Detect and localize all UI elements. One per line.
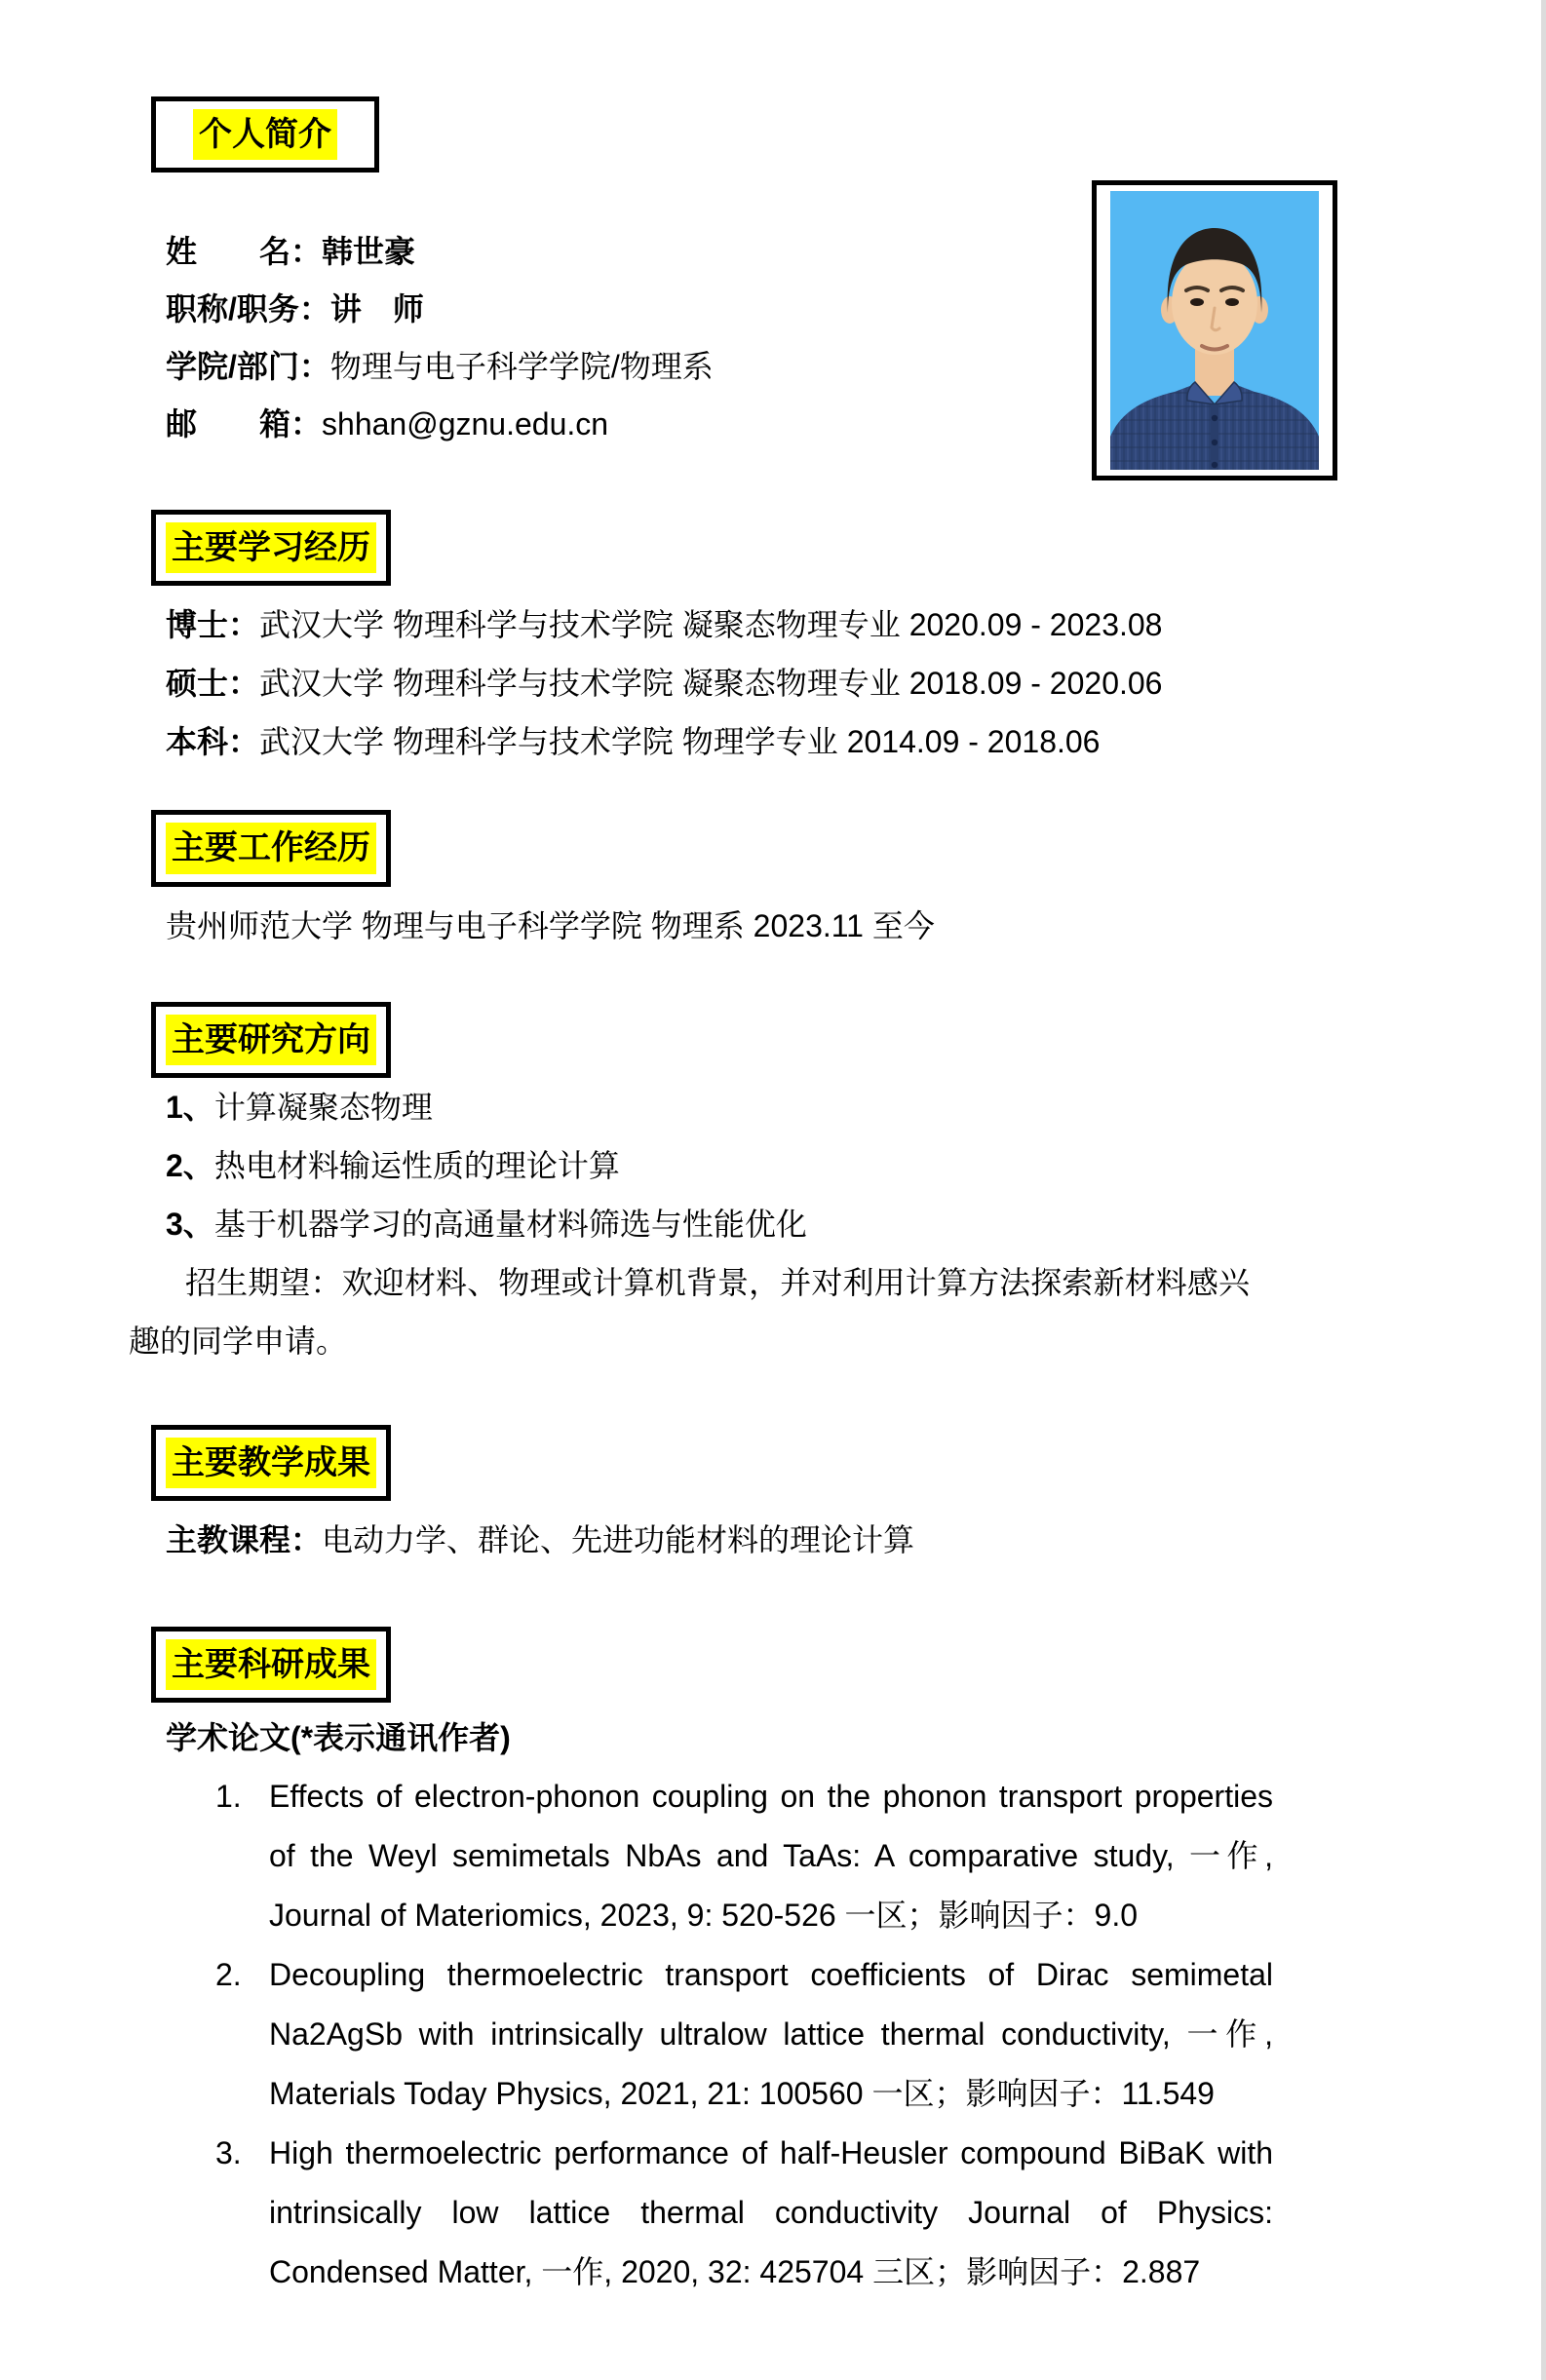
research-item-text: 基于机器学习的高通量材料筛选与性能优化 bbox=[214, 1207, 807, 1242]
teaching-list: 主教课程：电动力学、群论、先进功能材料的理论计算 bbox=[166, 1511, 1283, 1569]
research-item-1: 1、计算凝聚态物理 bbox=[166, 1078, 1283, 1136]
research-item-text: 计算凝聚态物理 bbox=[214, 1090, 433, 1125]
email-value: shhan@gznu.edu.cn bbox=[322, 406, 608, 441]
publication-list: 1.Effects of electron-phonon coupling on… bbox=[166, 1767, 1283, 2302]
education-degree-label: 本科： bbox=[166, 724, 259, 759]
research-item-number: 2、 bbox=[166, 1148, 214, 1183]
work-item-text: 贵州师范大学 物理与电子科学学院 物理系 2023.11 至今 bbox=[166, 908, 935, 943]
profile-photo-frame bbox=[1092, 180, 1337, 480]
publication-number: 3. bbox=[215, 2124, 242, 2183]
section-title-teaching: 主要教学成果 bbox=[166, 1438, 376, 1488]
section-box-work: 主要工作经历 bbox=[151, 810, 391, 886]
publication-item-3: 3.High thermoelectric performance of hal… bbox=[215, 2124, 1273, 2302]
education-degree-text: 武汉大学 物理科学与技术学院 凝聚态物理专业 2018.09 - 2020.06 bbox=[259, 666, 1162, 701]
section-box-education: 主要学习经历 bbox=[151, 510, 391, 586]
research-item-number: 1、 bbox=[166, 1090, 214, 1125]
publications-subheading: 学术论文(*表示通讯作者) bbox=[166, 1708, 1283, 1767]
publication-text: High thermoelectric performance of half-… bbox=[269, 2135, 1273, 2289]
education-item-bachelor: 本科：武汉大学 物理科学与技术学院 物理学专业 2014.09 - 2018.0… bbox=[166, 712, 1283, 771]
courses-label: 主教课程： bbox=[166, 1522, 322, 1557]
education-degree-label: 博士： bbox=[166, 607, 259, 642]
cv-page: 个人简介 bbox=[0, 0, 1546, 2380]
section-title-publications: 主要科研成果 bbox=[166, 1639, 376, 1690]
field-label-title: 职称/职务： bbox=[166, 291, 330, 326]
section-title-work: 主要工作经历 bbox=[166, 823, 376, 873]
section-box-profile: 个人简介 bbox=[151, 96, 379, 173]
person-eye-left bbox=[1190, 298, 1204, 306]
publication-item-2: 2.Decoupling thermoelectric transport co… bbox=[215, 1945, 1273, 2124]
field-value-name: 韩世豪 bbox=[322, 234, 415, 269]
publication-number: 1. bbox=[215, 1767, 242, 1826]
field-label-name: 姓 名： bbox=[166, 234, 322, 269]
recruitment-note: 招生期望：欢迎材料、物理或计算机背景，并对利用计算方法探索新材料感兴趣的同学申请… bbox=[129, 1253, 1250, 1370]
section-box-publications: 主要科研成果 bbox=[151, 1627, 391, 1703]
field-value-department: 物理与电子科学学院/物理系 bbox=[330, 349, 714, 384]
field-value-title: 讲 师 bbox=[330, 291, 424, 326]
education-item-phd: 博士：武汉大学 物理科学与技术学院 凝聚态物理专业 2020.09 - 2023… bbox=[166, 595, 1283, 654]
section-title-profile: 个人简介 bbox=[193, 109, 337, 160]
research-list: 1、计算凝聚态物理 2、热电材料输运性质的理论计算 3、基于机器学习的高通量材料… bbox=[166, 1078, 1283, 1370]
field-label-email: 邮 箱： bbox=[166, 406, 322, 441]
education-degree-text: 武汉大学 物理科学与技术学院 凝聚态物理专业 2020.09 - 2023.08 bbox=[259, 607, 1162, 642]
education-item-master: 硕士：武汉大学 物理科学与技术学院 凝聚态物理专业 2018.09 - 2020… bbox=[166, 654, 1283, 712]
person-face bbox=[1172, 251, 1257, 355]
education-degree-text: 武汉大学 物理科学与技术学院 物理学专业 2014.09 - 2018.06 bbox=[259, 724, 1100, 759]
work-list: 贵州师范大学 物理与电子科学学院 物理系 2023.11 至今 bbox=[166, 897, 1283, 955]
person-eye-right bbox=[1225, 298, 1239, 306]
section-box-research: 主要研究方向 bbox=[151, 1002, 391, 1078]
publication-item-1: 1.Effects of electron-phonon coupling on… bbox=[215, 1767, 1273, 1945]
page-right-edge bbox=[1541, 0, 1546, 2380]
section-title-education: 主要学习经历 bbox=[166, 522, 376, 573]
profile-photo bbox=[1110, 191, 1319, 470]
field-label-department: 学院/部门： bbox=[166, 349, 330, 384]
courses-text: 电动力学、群论、先进功能材料的理论计算 bbox=[322, 1522, 914, 1557]
education-degree-label: 硕士： bbox=[166, 666, 259, 701]
research-item-text: 热电材料输运性质的理论计算 bbox=[214, 1148, 620, 1183]
work-item: 贵州师范大学 物理与电子科学学院 物理系 2023.11 至今 bbox=[166, 897, 1283, 955]
section-title-research: 主要研究方向 bbox=[166, 1015, 376, 1065]
publication-text: Decoupling thermoelectric transport coef… bbox=[269, 1957, 1273, 2111]
research-item-number: 3、 bbox=[166, 1207, 214, 1242]
research-item-2: 2、热电材料输运性质的理论计算 bbox=[166, 1136, 1283, 1195]
research-item-3: 3、基于机器学习的高通量材料筛选与性能优化 bbox=[166, 1195, 1283, 1253]
teaching-courses: 主教课程：电动力学、群论、先进功能材料的理论计算 bbox=[166, 1511, 1283, 1569]
publication-text: Effects of electron-phonon coupling on t… bbox=[269, 1779, 1273, 1933]
publication-number: 2. bbox=[215, 1945, 242, 2005]
section-box-teaching: 主要教学成果 bbox=[151, 1425, 391, 1501]
education-list: 博士：武汉大学 物理科学与技术学院 凝聚态物理专业 2020.09 - 2023… bbox=[166, 595, 1283, 771]
